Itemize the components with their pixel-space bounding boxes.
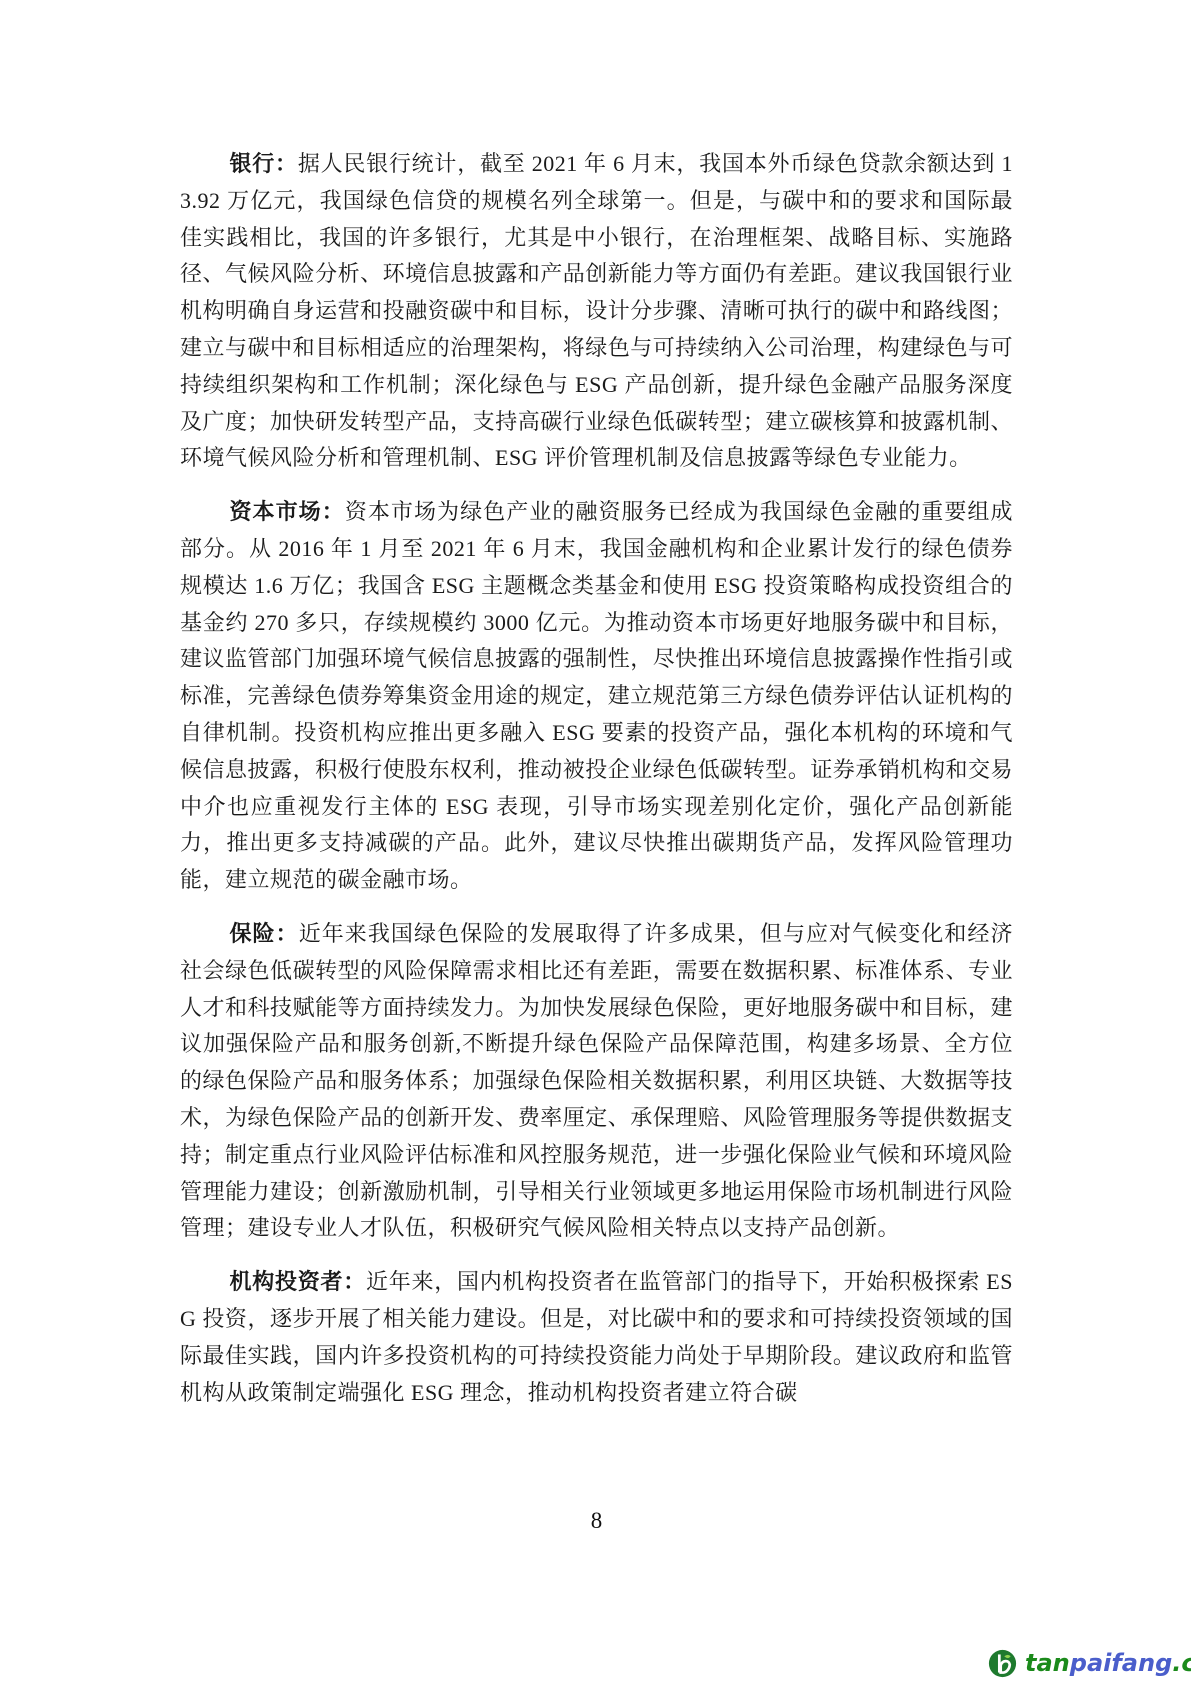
watermark-text-com: .com bbox=[1172, 1649, 1191, 1677]
paragraph-banks-lead: 银行： bbox=[230, 151, 298, 176]
page-number: 8 bbox=[180, 1506, 1013, 1536]
paragraph-capital-markets-text: 资本市场为绿色产业的融资服务已经成为我国绿色金融的重要组成部分。从 2016 年… bbox=[180, 499, 1013, 892]
watermark-text-paifang: paifang bbox=[1070, 1649, 1173, 1677]
document-page: 银行：据人民银行统计，截至 2021 年 6 月末，我国本外币绿色贷款余额达到 … bbox=[0, 0, 1191, 1684]
watermark-text: tanpaifang.com bbox=[1025, 1649, 1191, 1678]
paragraph-banks: 银行：据人民银行统计，截至 2021 年 6 月末，我国本外币绿色贷款余额达到 … bbox=[180, 146, 1013, 477]
tanpaifang-logo-icon bbox=[988, 1649, 1017, 1678]
paragraph-institutional-investors-lead: 机构投资者： bbox=[230, 1269, 366, 1294]
watermark: tanpaifang.com bbox=[988, 1646, 1191, 1680]
paragraph-insurance: 保险：近年来我国绿色保险的发展取得了许多成果，但与应对气候变化和经济社会绿色低碳… bbox=[180, 916, 1013, 1247]
paragraph-banks-text: 据人民银行统计，截至 2021 年 6 月末，我国本外币绿色贷款余额达到 13.… bbox=[180, 151, 1013, 470]
watermark-text-tan: tan bbox=[1025, 1649, 1070, 1677]
paragraph-capital-markets-lead: 资本市场： bbox=[230, 499, 345, 524]
paragraph-insurance-lead: 保险： bbox=[230, 921, 299, 946]
paragraph-capital-markets: 资本市场：资本市场为绿色产业的融资服务已经成为我国绿色金融的重要组成部分。从 2… bbox=[180, 494, 1013, 899]
paragraph-insurance-text: 近年来我国绿色保险的发展取得了许多成果，但与应对气候变化和经济社会绿色低碳转型的… bbox=[180, 921, 1013, 1240]
document-body: 银行：据人民银行统计，截至 2021 年 6 月末，我国本外币绿色贷款余额达到 … bbox=[180, 146, 1013, 1428]
paragraph-institutional-investors: 机构投资者：近年来，国内机构投资者在监管部门的指导下，开始积极探索 ESG 投资… bbox=[180, 1264, 1013, 1411]
